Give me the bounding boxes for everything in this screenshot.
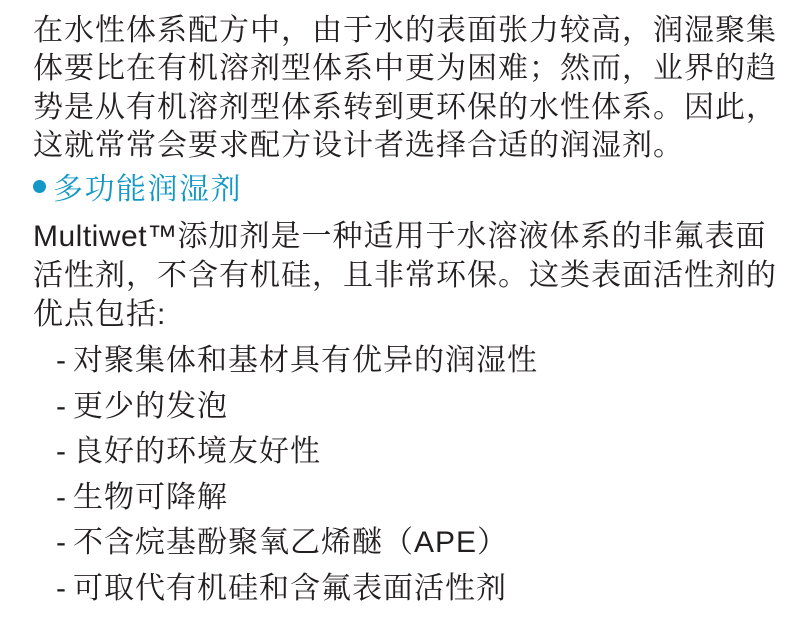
benefit-label: 可取代有机硅和含氟表面活性剂	[73, 566, 507, 612]
intro-line-3: 势是从有机溶剂型体系转到更环保的水性体系。因此，	[33, 89, 777, 127]
description-paragraph: Multiwet™添加剂是一种适用于水溶液体系的非氟表面 活性剂，不含有机硅，且…	[33, 217, 777, 334]
list-item: - 可取代有机硅和含氟表面活性剂	[56, 566, 538, 612]
list-item: - 良好的环境友好性	[56, 429, 538, 475]
dash-marker: -	[56, 475, 67, 521]
document-page: 在水性体系配方中，由于水的表面张力较高，润湿聚集 体要比在有机溶剂型体系中更为困…	[0, 0, 808, 632]
dash-marker: -	[56, 384, 67, 430]
list-item: - 对聚集体和基材具有优异的润湿性	[56, 338, 538, 384]
benefit-label: 更少的发泡	[73, 384, 228, 430]
section-heading-label: 多功能润湿剂	[53, 171, 242, 209]
bullet-dot-icon	[33, 180, 46, 193]
description-line-1-text: 添加剂是一种适用于水溶液体系的非氟表面	[178, 220, 767, 253]
brand-name: Multiwet™	[33, 220, 178, 253]
benefits-list: - 对聚集体和基材具有优异的润湿性 - 更少的发泡 - 良好的环境友好性 - 生…	[56, 338, 538, 611]
list-item: - 生物可降解	[56, 475, 538, 521]
description-line-3: 优点包括:	[33, 295, 777, 334]
benefit-label: 对聚集体和基材具有优异的润湿性	[73, 338, 538, 384]
list-item: - 不含烷基酚聚氧乙烯醚（APE）	[56, 520, 538, 566]
description-line-2: 活性剂，不含有机硅，且非常环保。这类表面活性剂的	[33, 256, 777, 295]
intro-paragraph: 在水性体系配方中，由于水的表面张力较高，润湿聚集 体要比在有机溶剂型体系中更为困…	[33, 12, 777, 165]
benefit-label: 生物可降解	[73, 475, 228, 521]
list-item: - 更少的发泡	[56, 384, 538, 430]
benefit-label: 良好的环境友好性	[73, 429, 321, 475]
benefit-label: 不含烷基酚聚氧乙烯醚（APE）	[73, 520, 508, 566]
dash-marker: -	[56, 429, 67, 475]
dash-marker: -	[56, 338, 67, 384]
description-line-1: Multiwet™添加剂是一种适用于水溶液体系的非氟表面	[33, 217, 777, 256]
intro-line-1: 在水性体系配方中，由于水的表面张力较高，润湿聚集	[33, 12, 777, 50]
dash-marker: -	[56, 566, 67, 612]
dash-marker: -	[56, 520, 67, 566]
intro-line-4: 这就常常会要求配方设计者选择合适的润湿剂。	[33, 127, 777, 165]
section-heading: 多功能润湿剂	[33, 171, 242, 209]
intro-line-2: 体要比在有机溶剂型体系中更为困难；然而，业界的趋	[33, 50, 777, 88]
